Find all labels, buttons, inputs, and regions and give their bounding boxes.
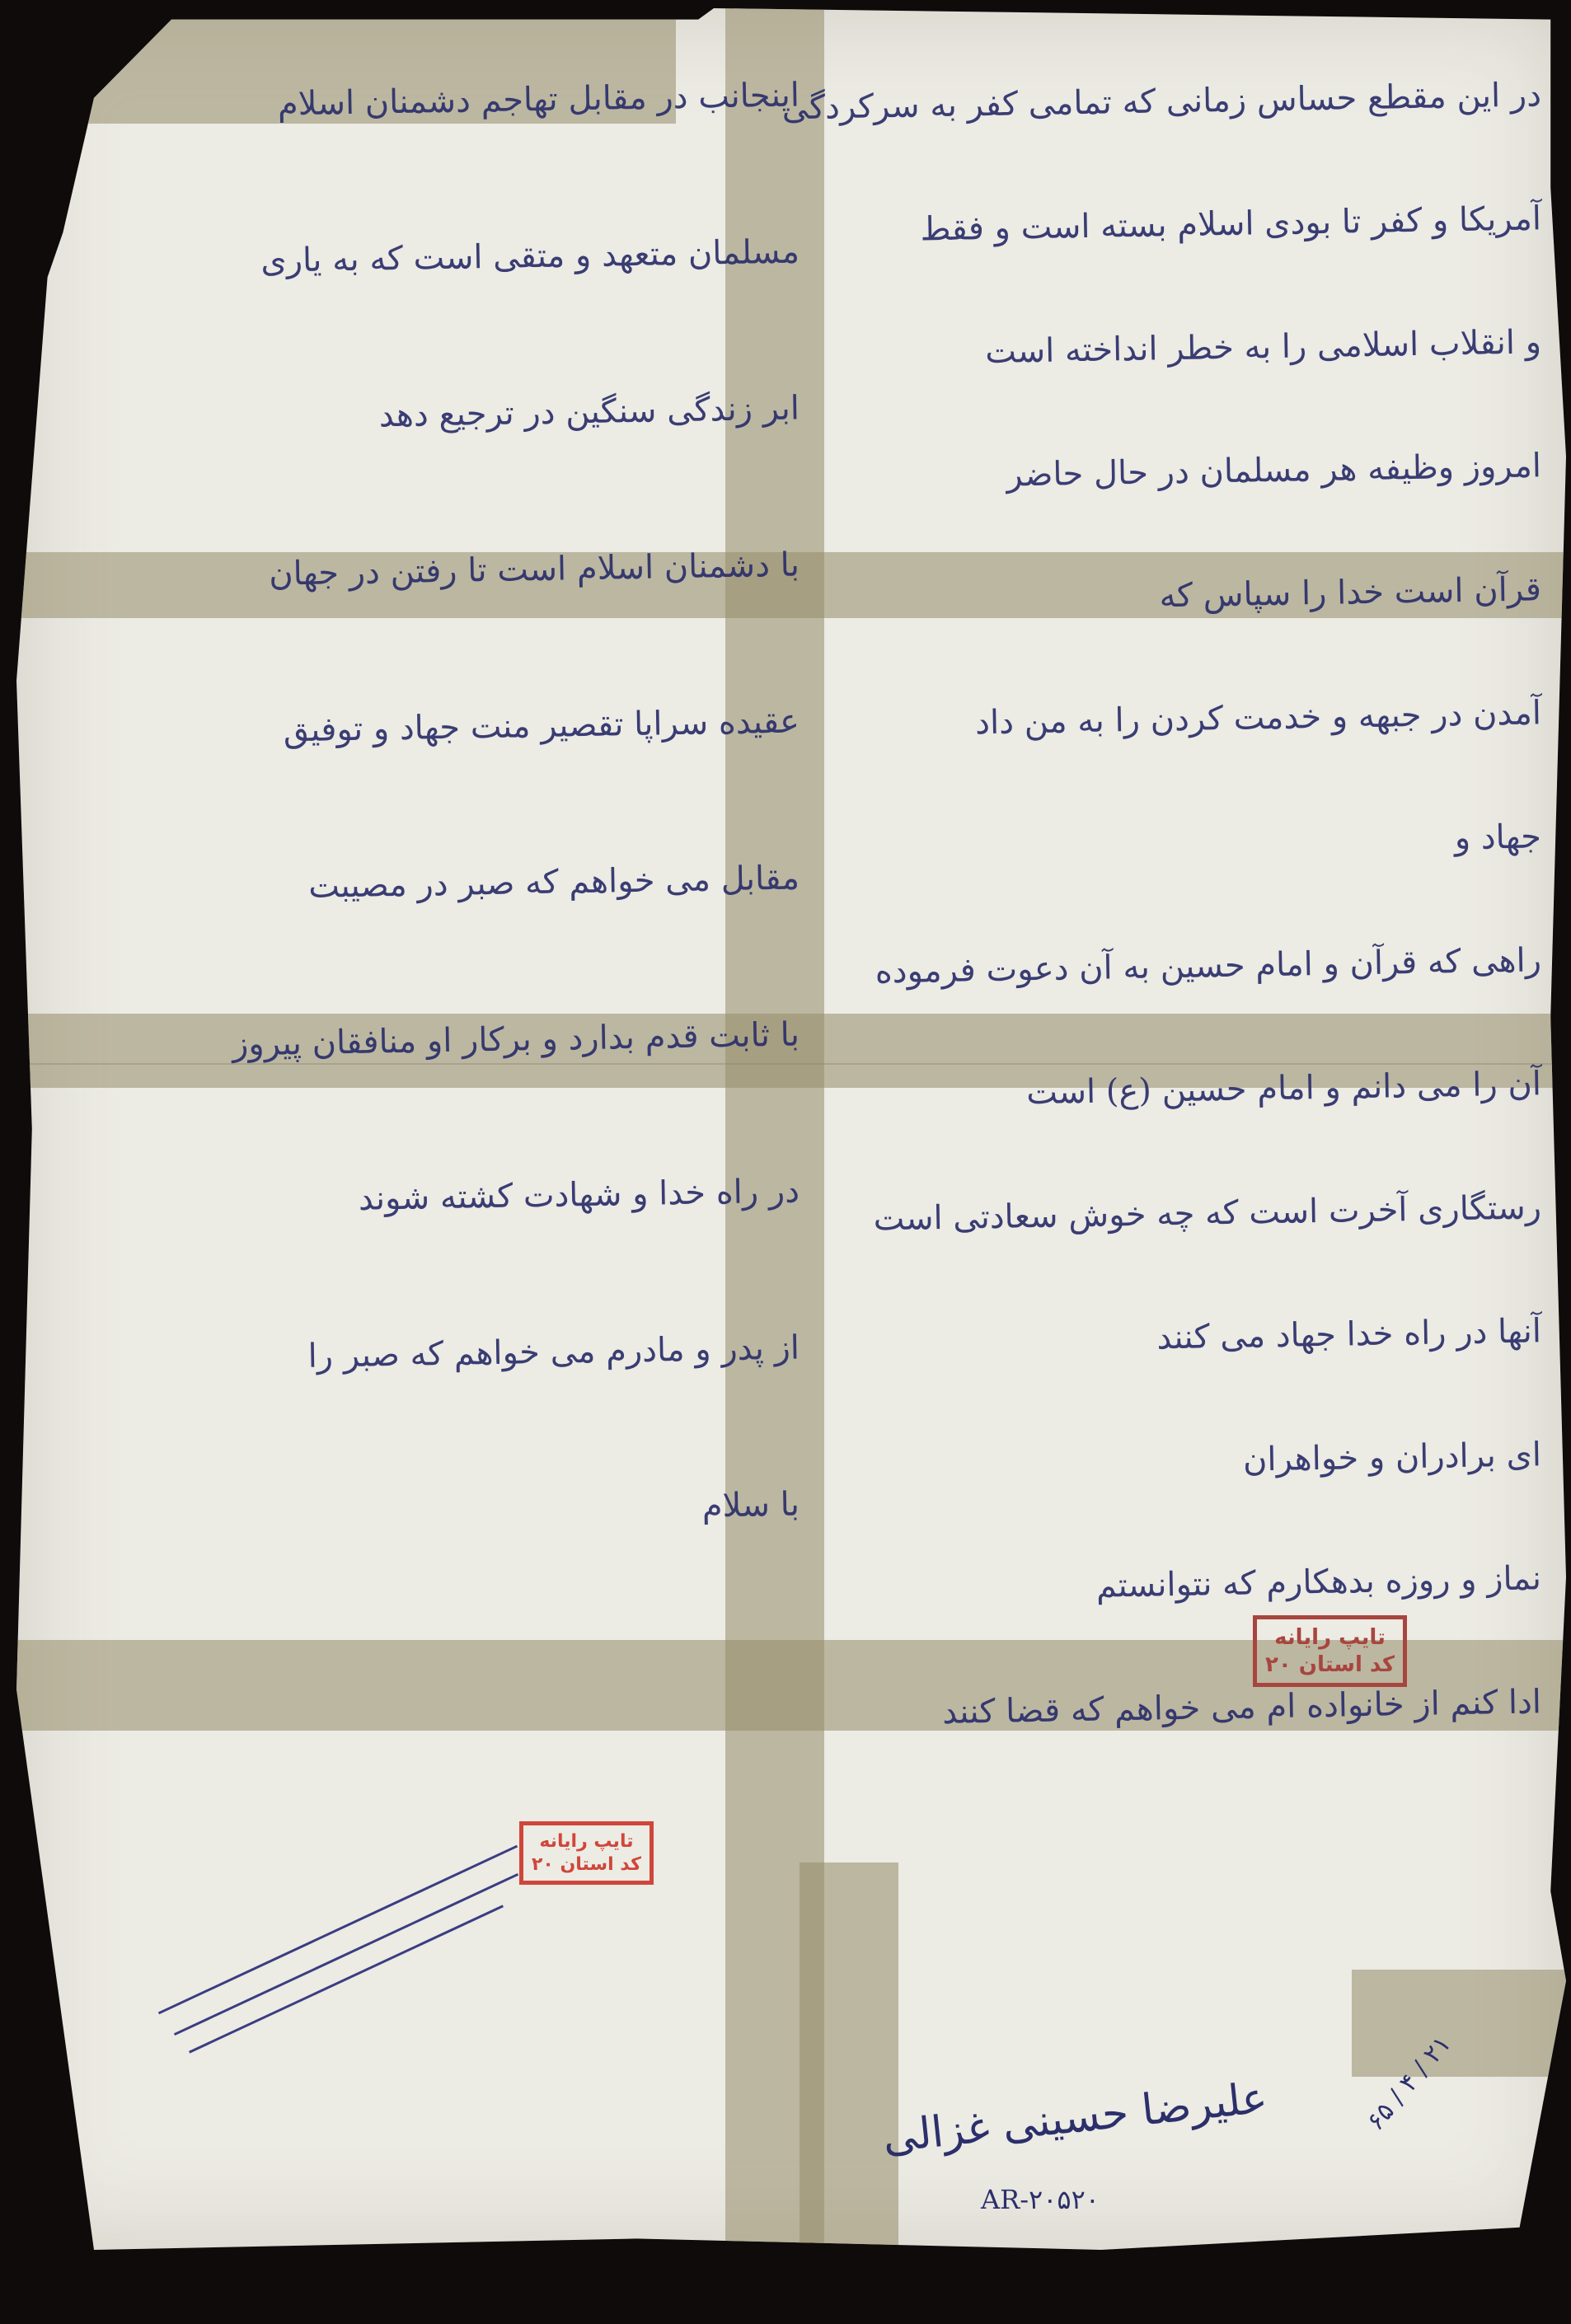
handwritten-line: رستگاری آخرت است که چه خوش سعادتی است (816, 1188, 1542, 1239)
handwritten-line: در راه خدا و شهادت کشته شوند (91, 1172, 800, 1222)
handwritten-line: با سلام (91, 1485, 800, 1535)
handwritten-line: در این مقطع حساس زمانی که تمامی کفر به س… (816, 76, 1542, 126)
handwritten-line: مقابل می خواهم که صبر در مصیبت (91, 859, 800, 909)
stamp-line-2: کد استان ۲۰ (1265, 1652, 1395, 1679)
handwritten-line: آمریکا و کفر تا بودی اسلام بسته است و فق… (816, 199, 1542, 250)
stamp-line-1: تایپ رایانه (1265, 1624, 1395, 1652)
handwritten-line: عقیده سراپا تقصیر منت جهاد و توفیق (91, 702, 800, 752)
handwritten-line: جهاد و (816, 818, 1542, 868)
stamp-line-2: کد استان ۲۰ (532, 1853, 641, 1877)
handwritten-line: ای برادران و خواهران (816, 1436, 1542, 1486)
signature-name: علیرضا حسینی غزالی (880, 2073, 1269, 2163)
tape-bottom-right (1352, 1970, 1566, 2077)
signature-code: AR-۲۰۵۲۰ (981, 2184, 1100, 2215)
handwritten-line: آمدن در جبهه و خدمت کردن را به من داد (816, 694, 1542, 744)
stamp-line-1: تایپ رایانه (532, 1830, 641, 1853)
stamp-left: تایپ رایانه کد استان ۲۰ (519, 1821, 654, 1885)
fold-line (16, 1063, 1566, 1065)
handwritten-line: ابر زندگی سنگین در ترجیع دهد (91, 389, 800, 439)
stamp-right: تایپ رایانه کد استان ۲۰ (1253, 1615, 1407, 1687)
handwritten-line: نماز و روزه بدهکارم که نتوانستم (816, 1559, 1542, 1609)
handwritten-line: آنها در راه خدا جهاد می کنند (816, 1312, 1542, 1362)
handwritten-line: و انقلاب اسلامی را به خطر انداخته است (816, 323, 1542, 373)
handwritten-line: از پدر و مادرم می خواهم که صبر را (91, 1328, 800, 1379)
scribble-mark (158, 1845, 518, 2015)
letter-paper: در این مقطع حساس زمانی که تمامی کفر به س… (16, 8, 1566, 2250)
handwritten-line: راهی که قرآن و امام حسین به آن دعوت فرمو… (816, 941, 1542, 991)
scribble-mark (174, 1873, 518, 2036)
handwritten-line: مسلمان متعهد و متقی است که به یاری (91, 232, 800, 283)
tape-bottom-mid (800, 1862, 898, 2250)
handwritten-line: امروز وظیفه هر مسلمان در حال حاضر (816, 447, 1542, 497)
